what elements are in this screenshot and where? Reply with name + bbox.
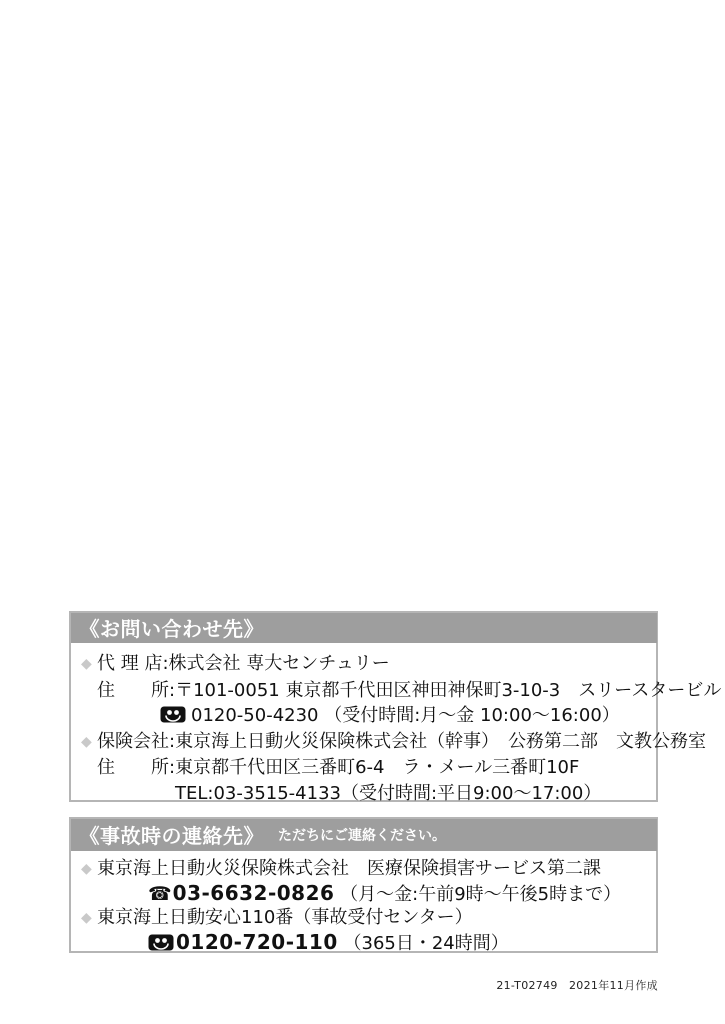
insurer-address-line: 住 所:東京都千代田区三番町6-4 ラ・メール三番町10F [71,755,656,781]
freedial-icon [148,934,174,951]
contact-box: 《お問い合わせ先》 ◆代 理 店:株式会社 専大センチュリー 住 所:〒101-… [69,611,658,802]
emergency-box-subtitle: ただちにご連絡ください。 [278,825,446,845]
anshin-phone-line: 0120-720-110 （365日・24時間） [71,931,656,956]
phone-icon: ☎ [148,883,172,905]
service-text: 東京海上日動火災保険株式会社 医療保険損害サービス第二課 [97,858,601,879]
diamond-bullet-icon: ◆ [81,858,97,882]
agent-text: 代 理 店:株式会社 専大センチュリー [97,653,390,674]
service-phone-number: 03-6632-0826 [173,881,335,905]
insurer-text: 保険会社:東京海上日動火災保険株式会社（幹事） 公務第二部 文教公務室 [97,731,706,752]
insurer-line: ◆保険会社:東京海上日動火災保険株式会社（幹事） 公務第二部 文教公務室 [71,729,656,756]
insurer-address-text: 住 所:東京都千代田区三番町6-4 ラ・メール三番町10F [97,757,579,778]
anshin-phone-number: 0120-720-110 [176,930,338,954]
agent-phone-hours: （受付時間:月～金 10:00～16:00） [319,705,620,726]
contact-box-title: 《お問い合わせ先》 [80,613,265,642]
service-phone-hours: （月～金:午前9時～午後5時まで） [334,884,621,905]
emergency-box-title: 《事故時の連絡先》 [80,820,265,849]
agent-address-text: 住 所:〒101-0051 東京都千代田区神田神保町3-10-3 スリースタービ… [97,680,721,701]
diamond-bullet-icon: ◆ [81,907,97,931]
contact-box-body: ◆代 理 店:株式会社 専大センチュリー 住 所:〒101-0051 東京都千代… [71,642,656,806]
diamond-bullet-icon: ◆ [81,652,97,678]
footer-document-id: 21-T02749 2021年11月作成 [496,977,658,993]
agent-phone-number: 0120-50-4230 [191,705,319,726]
contact-box-header: 《お問い合わせ先》 [71,613,657,643]
emergency-box-header: 《事故時の連絡先》 ただちにご連絡ください。 [71,819,657,851]
freedial-icon [160,706,186,723]
agent-phone-line: 0120-50-4230 （受付時間:月～金 10:00～16:00） [71,703,656,729]
anshin-line: ◆東京海上日動安心110番（事故受付センター） [71,906,656,931]
insurer-tel-text: TEL:03-3515-4133（受付時間:平日9:00～17:00） [175,783,601,804]
diamond-bullet-icon: ◆ [81,730,97,756]
agent-line: ◆代 理 店:株式会社 専大センチュリー [71,651,656,678]
document-page: 《お問い合わせ先》 ◆代 理 店:株式会社 専大センチュリー 住 所:〒101-… [0,0,725,1024]
anshin-text: 東京海上日動安心110番（事故受付センター） [97,907,473,928]
service-line: ◆東京海上日動火災保険株式会社 医療保険損害サービス第二課 [71,857,656,882]
emergency-box: 《事故時の連絡先》 ただちにご連絡ください。 ◆東京海上日動火災保険株式会社 医… [69,817,658,953]
emergency-box-body: ◆東京海上日動火災保険株式会社 医療保険損害サービス第二課 ☎03-6632-0… [71,850,656,955]
insurer-tel-line: TEL:03-3515-4133（受付時間:平日9:00～17:00） [71,781,656,807]
anshin-phone-hours: （365日・24時間） [338,933,509,954]
service-phone-line: ☎03-6632-0826 （月～金:午前9時～午後5時まで） [71,882,656,907]
agent-address-line: 住 所:〒101-0051 東京都千代田区神田神保町3-10-3 スリースタービ… [71,678,656,704]
